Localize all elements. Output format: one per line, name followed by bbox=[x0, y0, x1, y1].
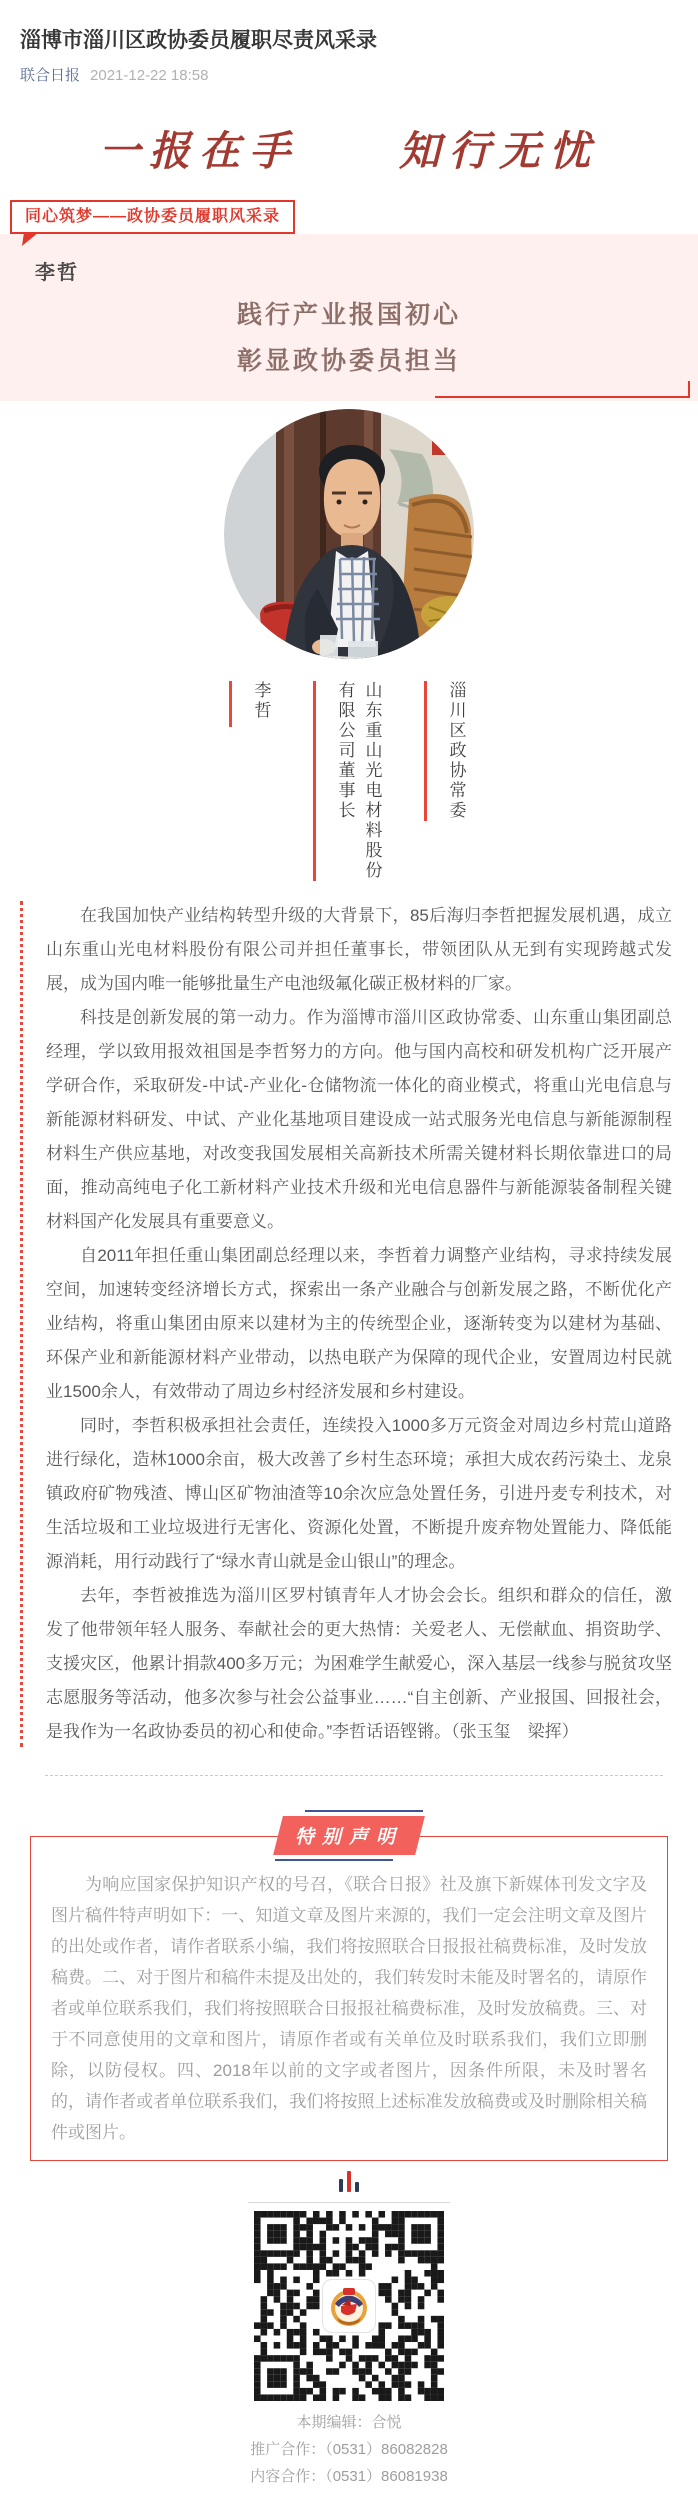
statement-badge: 特别声明 bbox=[275, 1810, 423, 1861]
badge-top-line bbox=[305, 1810, 423, 1812]
footer-editor: 本期编辑：合悦 bbox=[0, 2409, 698, 2436]
source-account-link[interactable]: 联合日报 bbox=[20, 67, 80, 84]
member-name: 李哲 bbox=[35, 256, 79, 285]
special-statement-box: 特别声明 为响应国家保护知识产权的号召，《联合日报》社及旗下新媒体刊发文字及图片… bbox=[30, 1836, 668, 2161]
series-banner-label: 同心筑梦——政协委员履职风采录 bbox=[25, 208, 280, 225]
hairline-divider bbox=[248, 2202, 450, 2203]
label-name: 李哲 bbox=[248, 681, 275, 727]
feature-slogan: 践行产业报国初心 彰显政协委员担当 bbox=[0, 292, 698, 384]
footer-credits: 本期编辑：合悦 推广合作：（0531）86082828 内容合作：（0531）8… bbox=[0, 2409, 698, 2494]
equalizer-bars-icon bbox=[339, 2171, 359, 2192]
qr-section: 本期编辑：合悦 推广合作：（0531）86082828 内容合作：（0531）8… bbox=[0, 2171, 698, 2494]
paragraph-2: 科技是创新发展的第一动力。作为淄博市淄川区政协常委、山东重山集团副总经理，学以致… bbox=[46, 1001, 672, 1239]
footer-content-phone: 内容合作：（0531）86081938 bbox=[0, 2463, 698, 2490]
dotted-rule-decoration bbox=[20, 901, 23, 1747]
slogan-line-2: 彰显政协委员担当 bbox=[0, 338, 698, 384]
article-body: 在我国加快产业结构转型升级的大背景下，85后海归李哲把握发展机遇，成立山东重山光… bbox=[0, 899, 698, 1749]
series-banner: 同心筑梦——政协委员履职风采录 bbox=[10, 200, 295, 234]
qrcode bbox=[254, 2211, 444, 2401]
page-title: 淄博市淄川区政协委员履职尽责风采录 bbox=[20, 26, 678, 56]
footer-promo-phone: 推广合作：（0531）86082828 bbox=[0, 2436, 698, 2463]
article-header: 淄博市淄川区政协委员履职尽责风采录 联合日报2021-12-22 18:58 bbox=[0, 0, 698, 86]
label-position: 淄川区政协常委 bbox=[443, 681, 470, 821]
label-group-position: 淄川区政协常委 bbox=[424, 681, 470, 821]
identity-labels: 李哲 山东重山光电材料股份有限公司董事长 淄川区政协常委 bbox=[0, 681, 698, 883]
paragraph-1: 在我国加快产业结构转型升级的大背景下，85后海归李哲把握发展机遇，成立山东重山光… bbox=[46, 899, 672, 1001]
corner-bracket-decoration bbox=[435, 381, 690, 398]
paragraph-4: 同时，李哲积极承担社会责任，连续投入1000多万元资金对周边乡村荒山道路进行绿化… bbox=[46, 1409, 672, 1579]
cppcc-emblem-icon bbox=[322, 2279, 376, 2333]
profile-photo bbox=[224, 409, 474, 659]
portrait-section bbox=[0, 409, 698, 667]
publish-date: 2021-12-22 18:58 bbox=[90, 67, 208, 84]
paragraph-3: 自2011年担任重山集团副总经理以来，李哲着力调整产业结构，寻求持续发展空间，加… bbox=[46, 1239, 672, 1409]
dashed-divider bbox=[45, 1775, 663, 1776]
red-rule-decoration bbox=[313, 681, 316, 881]
label-company-title: 山东重山光电材料股份有限公司董事长 bbox=[332, 681, 386, 883]
label-group-name: 李哲 bbox=[229, 681, 275, 727]
slogan-line-1: 践行产业报国初心 bbox=[0, 292, 698, 338]
calligraphy-masthead: 一报在手 知行无忧 bbox=[0, 122, 698, 180]
article-meta: 联合日报2021-12-22 18:58 bbox=[20, 65, 678, 86]
statement-text: 为响应国家保护知识产权的号召，《联合日报》社及旗下新媒体刊发文字及图片稿件特声明… bbox=[51, 1869, 647, 2148]
red-rule-decoration bbox=[424, 681, 427, 821]
badge-bottom-line bbox=[275, 1859, 393, 1861]
red-rule-decoration bbox=[229, 681, 232, 727]
paragraph-5: 去年，李哲被推选为淄川区罗村镇青年人才协会会长。组织和群众的信任，激发了他带领年… bbox=[46, 1579, 672, 1749]
badge-label: 特别声明 bbox=[295, 1822, 403, 1849]
label-group-company: 山东重山光电材料股份有限公司董事长 bbox=[313, 681, 386, 883]
feature-panel: 李哲 践行产业报国初心 彰显政协委员担当 bbox=[0, 234, 698, 401]
badge-ribbon: 特别声明 bbox=[273, 1816, 425, 1855]
article-page: 淄博市淄川区政协委员履职尽责风采录 联合日报2021-12-22 18:58 一… bbox=[0, 0, 698, 2494]
